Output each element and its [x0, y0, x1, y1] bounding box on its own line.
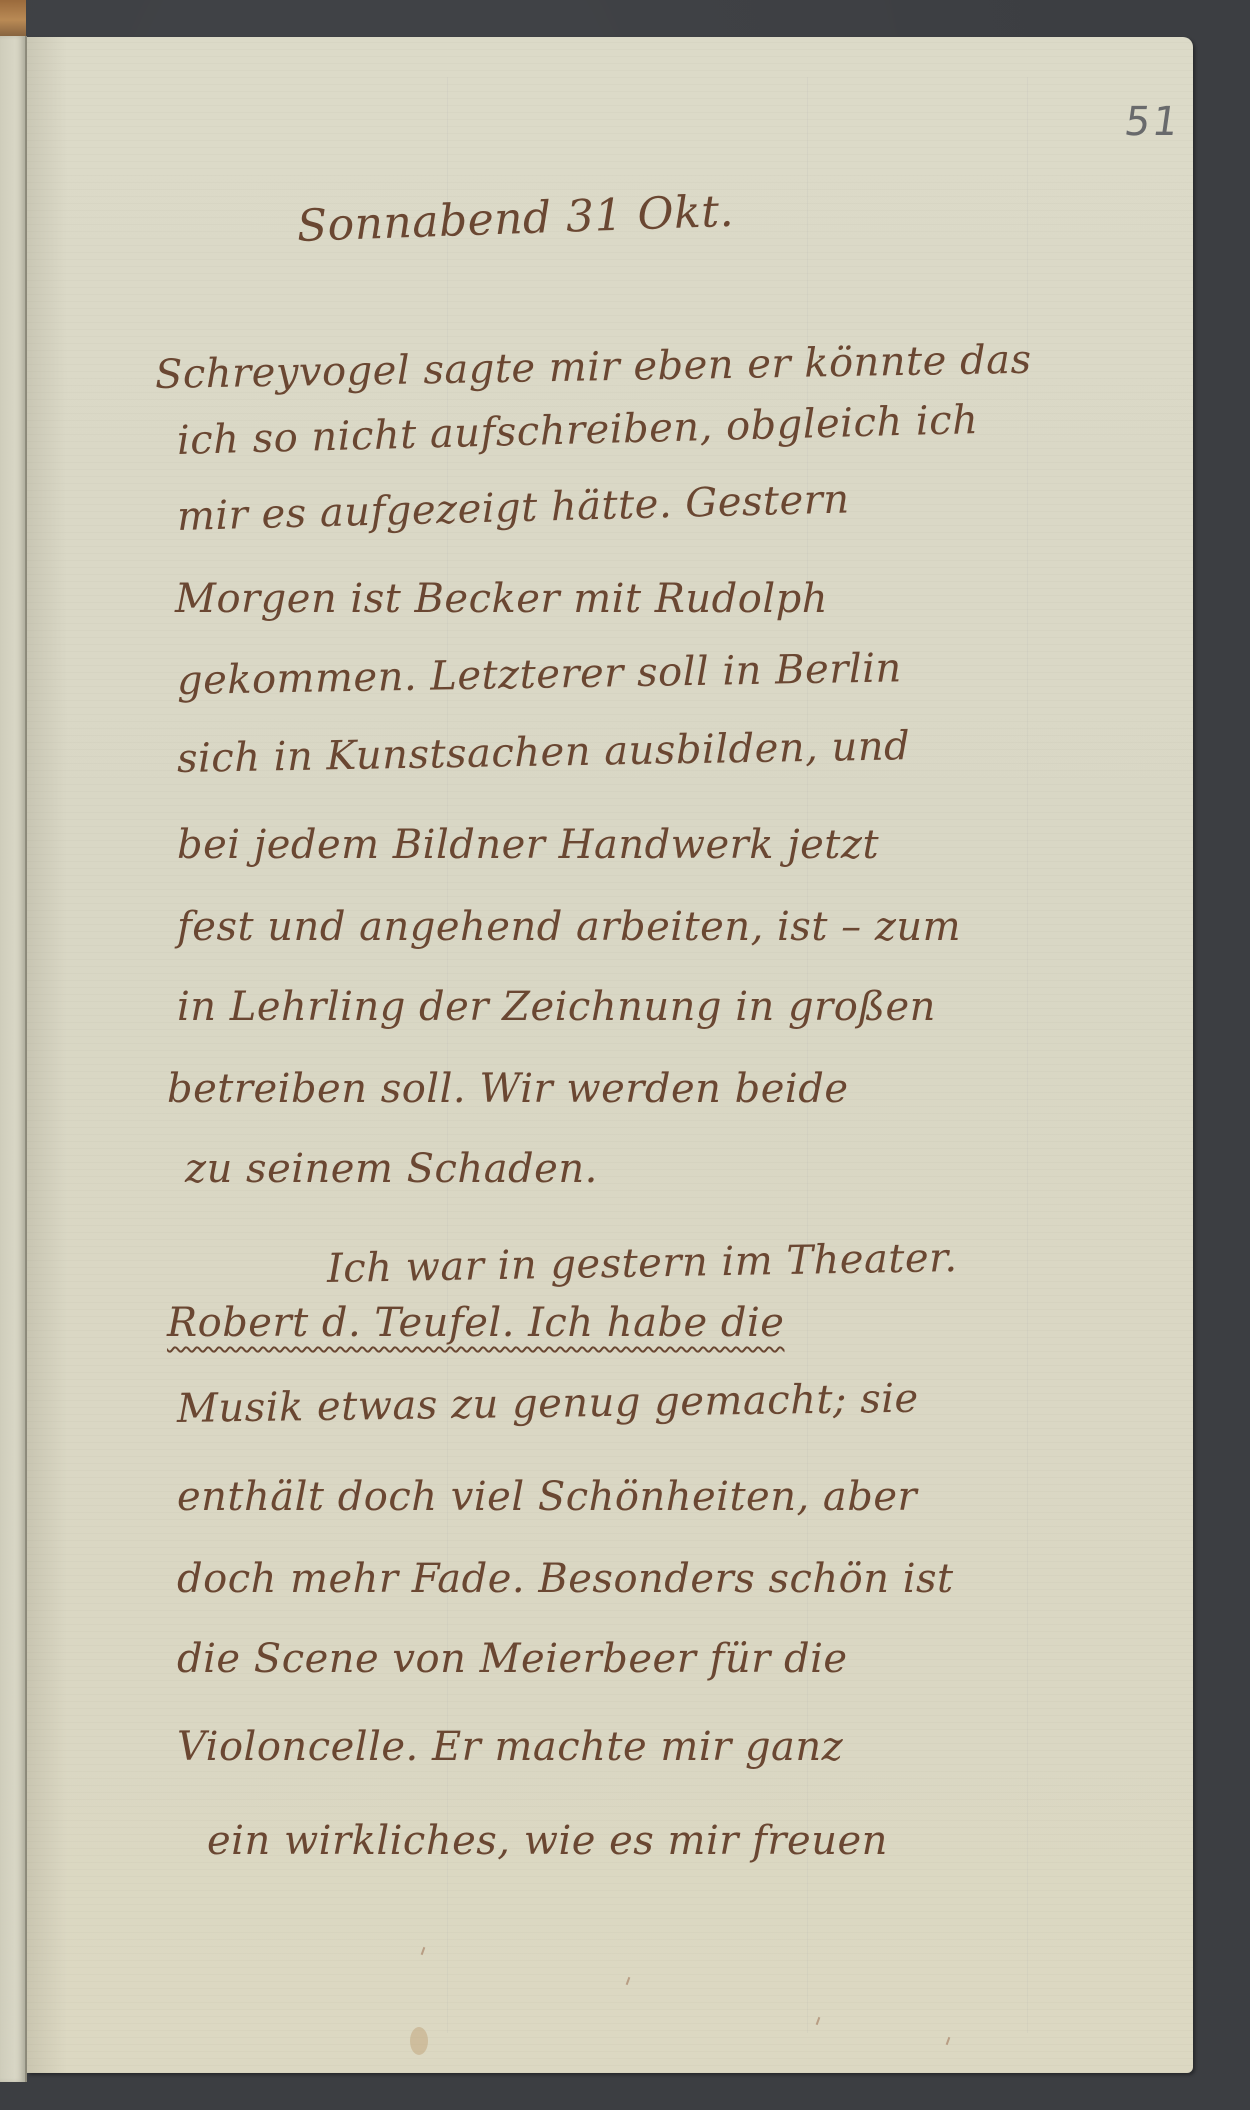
text-line: fest und angehend arbeiten, ist – zum: [177, 907, 961, 947]
text-line: Morgen ist Becker mit Rudolph: [175, 579, 828, 619]
text-line: ich so nicht aufschreiben, obgleich ich: [176, 400, 978, 461]
manuscript-page: 51 Sonnabend 31 Okt. Schreyvogel sagte m…: [27, 37, 1193, 2073]
paper-fleck: [946, 2037, 951, 2045]
text-line: in Lehrling der Zeichnung in großen: [177, 987, 936, 1027]
text-line: Violoncelle. Er machte mir ganz: [177, 1727, 843, 1767]
entry-date-heading: Sonnabend 31 Okt.: [296, 190, 734, 249]
text-line-with-title: Robert d. Teufel. Ich habe die: [167, 1303, 784, 1343]
text-line: Schreyvogel sagte mir eben er könnte das: [155, 340, 1032, 395]
text-line: ein wirkliches, wie es mir freuen: [207, 1821, 888, 1861]
text-line: sich in Kunstsachen ausbilden, und: [177, 726, 911, 779]
text-line: die Scene von Meierbeer für die: [177, 1639, 848, 1679]
text-line: doch mehr Fade. Besonders schön ist: [177, 1559, 954, 1599]
paper-stain: [410, 2027, 428, 2055]
page-number: 51: [1122, 99, 1183, 145]
opera-title-underlined: Robert d. Teufel. Ich habe die: [167, 1300, 784, 1346]
text-line: Ich war in gestern im Theater.: [327, 1238, 958, 1289]
text-line: gekommen. Letzterer soll in Berlin: [177, 648, 902, 701]
text-line: bei jedem Bildner Handwerk jetzt: [177, 825, 879, 865]
paper-fleck: [421, 1947, 426, 1955]
book-binding: [0, 0, 26, 40]
text-line: betreiben soll. Wir werden beide: [167, 1069, 849, 1109]
text-line: enthält doch viel Schönheiten, aber: [177, 1477, 917, 1517]
facing-page-edge: [0, 36, 27, 2082]
text-line: mir es aufgezeigt hätte. Gestern: [176, 479, 850, 537]
paper-fleck: [816, 2017, 821, 2025]
paper-fleck: [626, 1977, 631, 1985]
text-line: Musik etwas zu genug gemacht; sie: [177, 1379, 919, 1429]
text-line: zu seinem Schaden.: [185, 1149, 598, 1189]
